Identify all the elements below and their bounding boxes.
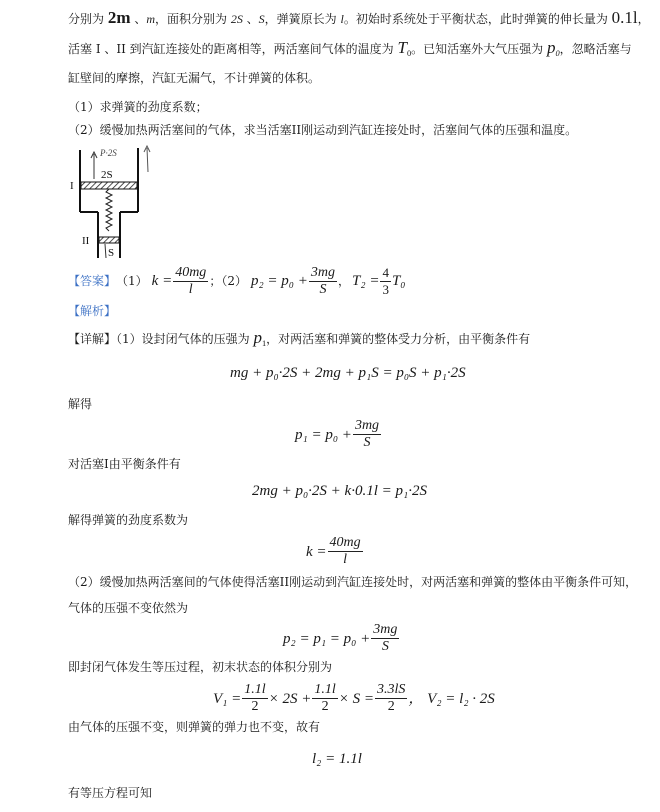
text: 活塞 I 、II 到汽缸连接处的距离相等，两活塞间气体的温度为 [68,42,397,56]
denominator: 2 [386,699,397,715]
math-T: T [397,38,406,57]
equation-4: k = 40mgl [306,535,364,568]
answer-tag: 【答案】 [68,264,116,298]
numerator: 40mg [173,265,208,282]
eq-part: V₁ = [213,690,241,708]
label-piston-I: I [70,180,74,192]
text: ，忽略活塞与 [560,42,632,56]
solve-k-label: 解得弹簧的劲度系数为 [68,512,188,528]
math-2m: 2m [108,8,131,27]
math-T2: T₂ = [352,264,379,298]
numerator: 1.1l [242,682,267,699]
label-piston-II: II [82,235,90,247]
math-k: k = [152,264,173,298]
math-p: p [253,328,262,347]
eq-lhs: p₂ = p₁ = p₀ + [283,630,370,648]
equation-3: 2mg + p₀·2S + k·0.1l = p₁·2S [252,482,427,500]
denominator: 3 [380,282,391,298]
eq-lhs: k = [306,543,327,561]
equation-1: mg + p₀·2S + 2mg + p₁S = p₀S + p₁·2S [230,364,466,382]
fraction: 1.1l2 [312,682,337,715]
problem-line-3: 缸壁间的摩擦，汽缸无漏气，不计弹簧的体积。 [68,70,320,86]
fraction: 3.3lS2 [375,682,407,715]
fraction: 3mgS [371,622,399,655]
text: 、 [131,12,147,26]
fraction-p2: 3mgS [309,265,337,298]
handwritten-note: P·2S [99,148,117,158]
math-p2: p₂ = p₀ + [251,264,308,298]
numerator: 3mg [371,622,399,639]
detail-tag: 【详解】 [68,332,116,346]
part2-text: （2）缓慢加热两活塞间的气体使得活塞II刚运动到汽缸连接处时，对两活塞和弹簧的整… [68,574,637,590]
question-1: （1）求弹簧的劲度系数； [68,99,208,115]
text: 分别为 [68,12,108,26]
cylinder-diagram: P·2S 2S I II S [68,142,158,260]
equation-6: V₁ = 1.1l2 × 2S + 1.1l2 × S = 3.3lS2 ， V… [213,682,495,715]
equation-2: p₁ = p₀ + 3mgS [295,418,382,451]
problem-line-2: 活塞 I 、II 到汽缸连接处的距离相等，两活塞间气体的温度为 T0。已知活塞外… [68,40,632,57]
eq-part: × 2S + [269,690,312,708]
math-extension: 0.1l [612,8,638,27]
fraction: 3mgS [353,418,381,451]
cylinder-svg: P·2S 2S I II S [68,142,158,260]
text: ，面积分别为 [155,12,231,26]
denominator: S [380,639,391,655]
text: ，弹簧原长为 [265,12,341,26]
part-label: （1） [116,264,148,298]
isobaric-text: 即封闭气体发生等压过程，初末状态的体积分别为 [68,659,332,675]
answer-line: 【答案】 （1） k = 40mgl ；（2） p₂ = p₀ + 3mgS ，… [68,264,406,298]
question-2: （2）缓慢加热两活塞间的气体，求当活塞II刚运动到汽缸连接处时，活塞间气体的压强… [68,122,577,138]
numerator: 4 [380,265,391,282]
solve-label: 解得 [68,396,92,412]
fraction: 40mgl [328,535,363,568]
label-S: S [108,247,114,259]
numerator: 3mg [309,265,337,282]
text: 、 [243,12,259,26]
piston1-text: 对活塞I由平衡条件有 [68,456,181,472]
denominator: S [362,435,373,451]
final-text: 有等压方程可知 [68,785,152,801]
text: （1）设封闭气体的压强为 [116,332,253,346]
denominator: 2 [249,699,260,715]
fraction-T2: 43 [380,265,391,298]
detail-intro: 【详解】（1）设封闭气体的压强为 p1，对两活塞和弹簧的整体受力分析，由平衡条件… [68,330,530,347]
numerator: 1.1l [312,682,337,699]
denominator: S [317,282,328,298]
denominator: l [187,282,195,298]
text: 。已知活塞外大气压强为 [411,42,547,56]
text: ， [638,12,650,26]
eq-part: × S = [339,690,374,708]
text: 。初始时系统处于平衡状态，此时弹簧的伸长量为 [344,12,612,26]
denominator: 2 [320,699,331,715]
analysis-tag: 【解析】 [68,303,116,319]
numerator: 40mg [328,535,363,552]
math-2S: 2S [231,12,243,26]
spring-text: 由气体的压强不变，则弹簧的弹力也不变，故有 [68,719,320,735]
pressure-text: 气体的压强不变依然为 [68,600,188,616]
math-T0: T₀ [392,264,406,298]
equation-7: l₂ = 1.1l [312,750,362,768]
text: ，对两活塞和弹簧的整体受力分析，由平衡条件有 [266,332,530,346]
problem-line-1: 分别为 2m 、m，面积分别为 2S 、S，弹簧原长为 l。初始时系统处于平衡状… [68,10,650,27]
separator: ；（2） [209,264,247,298]
fraction-k: 40mgl [173,265,208,298]
numerator: 3mg [353,418,381,435]
math-m: m [146,12,155,26]
comma: ， [338,264,350,298]
fraction: 1.1l2 [242,682,267,715]
numerator: 3.3lS [375,682,407,699]
eq-lhs: p₁ = p₀ + [295,426,352,444]
label-2S: 2S [101,169,113,181]
eq-part: ， V₂ = l₂ · 2S [408,690,494,708]
denominator: l [341,552,349,568]
equation-5: p₂ = p₁ = p₀ + 3mgS [283,622,400,655]
